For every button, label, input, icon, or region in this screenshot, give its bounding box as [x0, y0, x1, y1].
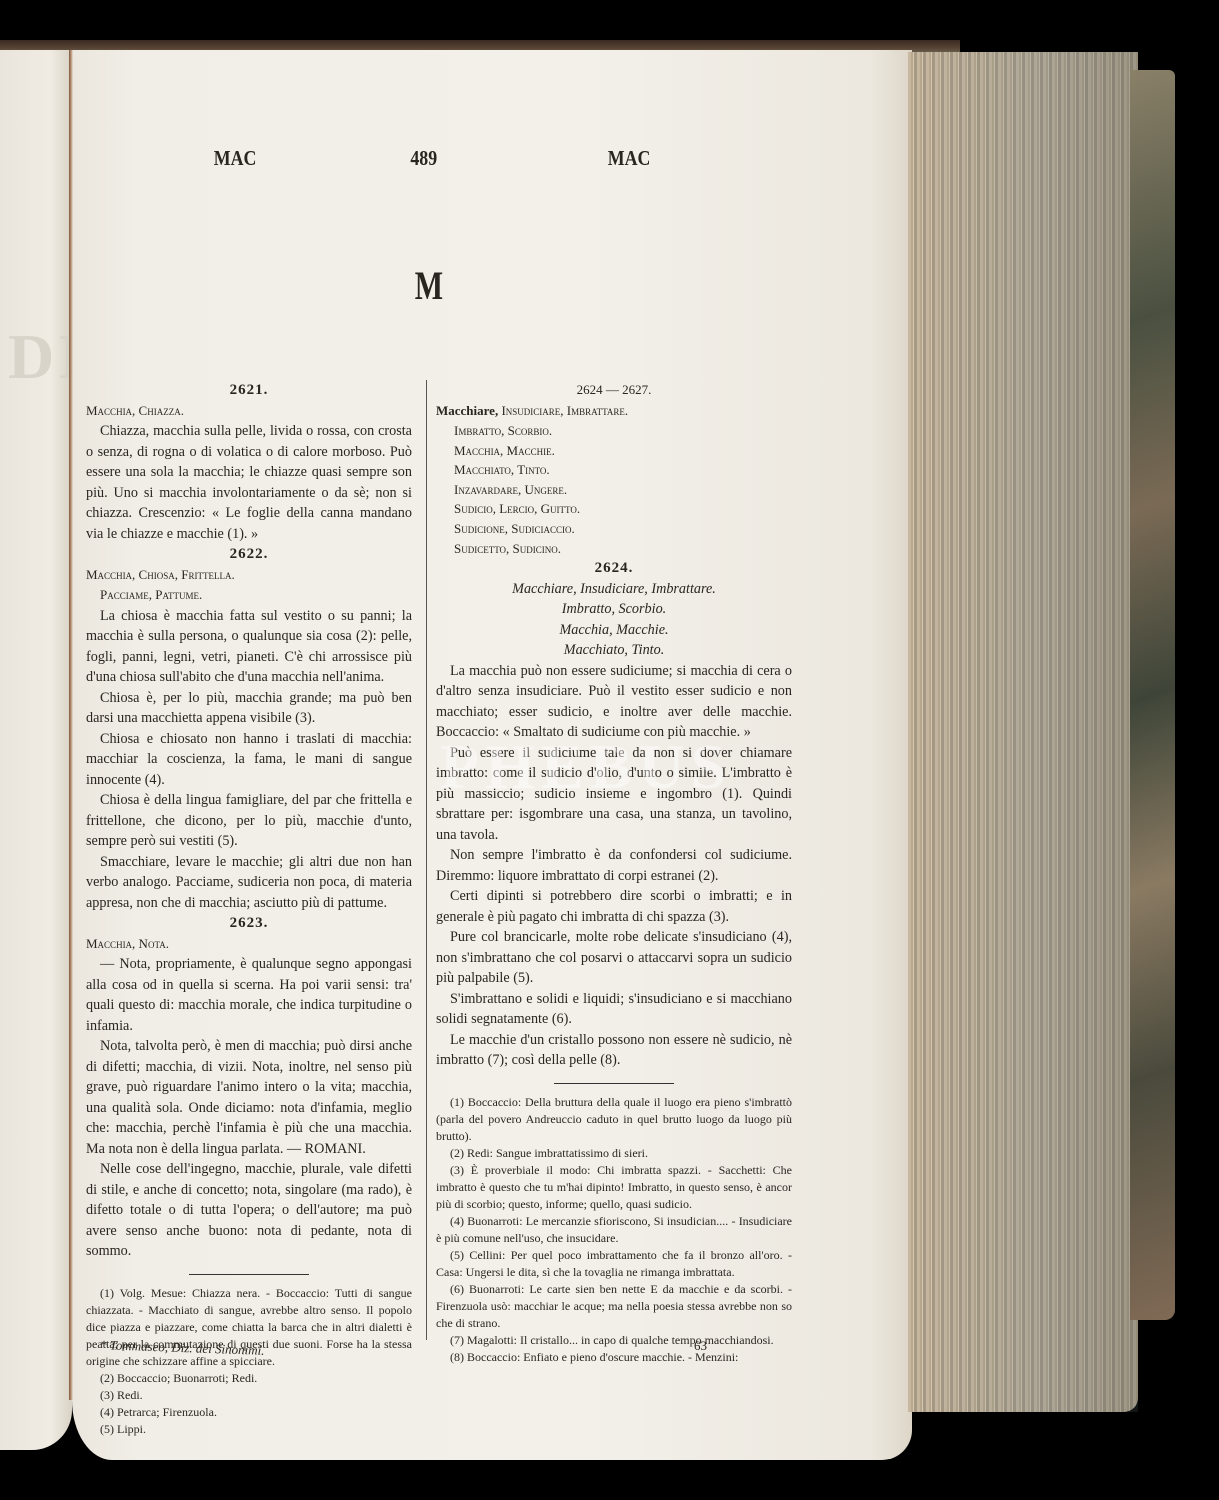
- footnote-rule: [189, 1274, 309, 1275]
- entry-paragraph: Smacchiare, levare le macchie; gli altri…: [86, 852, 412, 914]
- footnote: (3) È proverbiale il modo: Chi imbratta …: [436, 1162, 792, 1213]
- entry-paragraph: Può essere il sudiciume tale da non si d…: [436, 743, 792, 846]
- entry-paragraph: Nelle cose dell'ingegno, macchie, plural…: [86, 1159, 412, 1262]
- entry-paragraph: Non sempre l'imbratto è da confondersi c…: [436, 845, 792, 886]
- synonym-line: Imbratto, Scorbio.: [454, 421, 792, 441]
- footnote: (2) Redi: Sangue imbrattatissimo di sier…: [436, 1145, 792, 1162]
- page-block-edges: [908, 52, 1138, 1412]
- entry-headword-synonyms: Insudiciare, Imbrattare.: [501, 403, 628, 418]
- entry-paragraph: Certi dipinti si potrebbero dire scorbi …: [436, 886, 792, 927]
- running-header-left: MAC: [214, 146, 257, 171]
- entry-paragraph: — Nota, propriamente, è qualunque segno …: [86, 954, 412, 1036]
- entry-paragraph: Pure col brancicarle, molte robe delicat…: [436, 927, 792, 989]
- page-number: 489: [410, 146, 437, 171]
- left-page: DI: [0, 50, 72, 1450]
- running-header-right: MAC: [608, 146, 651, 171]
- entry-number: 2621.: [86, 380, 412, 401]
- entry-headword: Macchiare,: [436, 403, 498, 418]
- footnote: (4) Buonarroti: Le mercanzie sfioriscono…: [436, 1213, 792, 1247]
- entry-headword: Macchia, Nota.: [86, 934, 412, 955]
- entry-paragraph: Chiosa è della lingua famigliare, del pa…: [86, 790, 412, 852]
- entry-paragraph: Chiosa è, per lo più, macchia grande; ma…: [86, 688, 412, 729]
- entry-number: 2622.: [86, 544, 412, 565]
- footnote: (8) Boccaccio: Enfiato e pieno d'oscure …: [436, 1349, 792, 1366]
- book-gutter: [69, 50, 73, 1400]
- right-column: 2624 — 2627. Macchiare, Insudiciare, Imb…: [436, 380, 792, 1366]
- section-letter: M: [415, 262, 443, 309]
- marbled-cover-edge: [1130, 70, 1175, 1320]
- footnote: (7) Magalotti: Il cristallo... in capo d…: [436, 1332, 792, 1349]
- synonym-line: Sudicio, Lercio, Guitto.: [454, 499, 792, 519]
- synonym-line: Sudicetto, Sudicino.: [454, 539, 792, 559]
- italic-heading: Macchia, Macchie.: [436, 620, 792, 641]
- entry-headword: Macchia, Chiazza.: [86, 401, 412, 422]
- left-column: 2621. Macchia, Chiazza. Chiazza, macchia…: [86, 380, 412, 1438]
- entry-range-number: 2624 — 2627.: [436, 380, 792, 401]
- footnote: (6) Buonarroti: Le carte sien ben nette …: [436, 1281, 792, 1332]
- entry-number: 2624.: [436, 558, 792, 579]
- footnote-rule: [554, 1083, 674, 1084]
- footnote: (3) Redi.: [86, 1387, 412, 1404]
- footnote: (5) Lippi.: [86, 1421, 412, 1438]
- footnote: (2) Boccaccio; Buonarroti; Redi.: [86, 1370, 412, 1387]
- italic-heading: Macchiato, Tinto.: [436, 640, 792, 661]
- footnote: (1) Boccaccio: Della bruttura della qual…: [436, 1094, 792, 1145]
- entry-paragraph: Chiosa e chiosato non hanno i traslati d…: [86, 729, 412, 791]
- synonym-line: Macchia, Macchie.: [454, 441, 792, 461]
- entry-subheadword: Pacciame, Pattume.: [100, 585, 412, 606]
- italic-heading: Imbratto, Scorbio.: [436, 599, 792, 620]
- entry-paragraph: Nota, talvolta però, è men di macchia; p…: [86, 1036, 412, 1159]
- synonym-line: Macchiato, Tinto.: [454, 460, 792, 480]
- italic-heading: Macchiare, Insudiciare, Imbrattare.: [436, 579, 792, 600]
- entry-paragraph: La macchia può non essere sudiciume; si …: [436, 661, 792, 743]
- signature-mark: 63: [694, 1338, 707, 1354]
- column-divider: [426, 380, 427, 1340]
- entry-paragraph: La chiosa è macchia fatta sul vestito o …: [86, 606, 412, 688]
- entry-paragraph: S'imbrattano e solidi e liquidi; s'insud…: [436, 989, 792, 1030]
- entry-number: 2623.: [86, 913, 412, 934]
- footnote: (4) Petrarca; Firenzuola.: [86, 1404, 412, 1421]
- synonym-line: Sudicione, Sudiciaccio.: [454, 519, 792, 539]
- entry-paragraph: Le macchie d'un cristallo possono non es…: [436, 1030, 792, 1071]
- footnote: (5) Cellini: Per quel poco imbrattamento…: [436, 1247, 792, 1281]
- synonym-line: Inzavardare, Ungere.: [454, 480, 792, 500]
- entry-headword: Macchia, Chiosa, Frittella.: [86, 565, 412, 586]
- entry-paragraph: Chiazza, macchia sulla pelle, livida o r…: [86, 421, 412, 544]
